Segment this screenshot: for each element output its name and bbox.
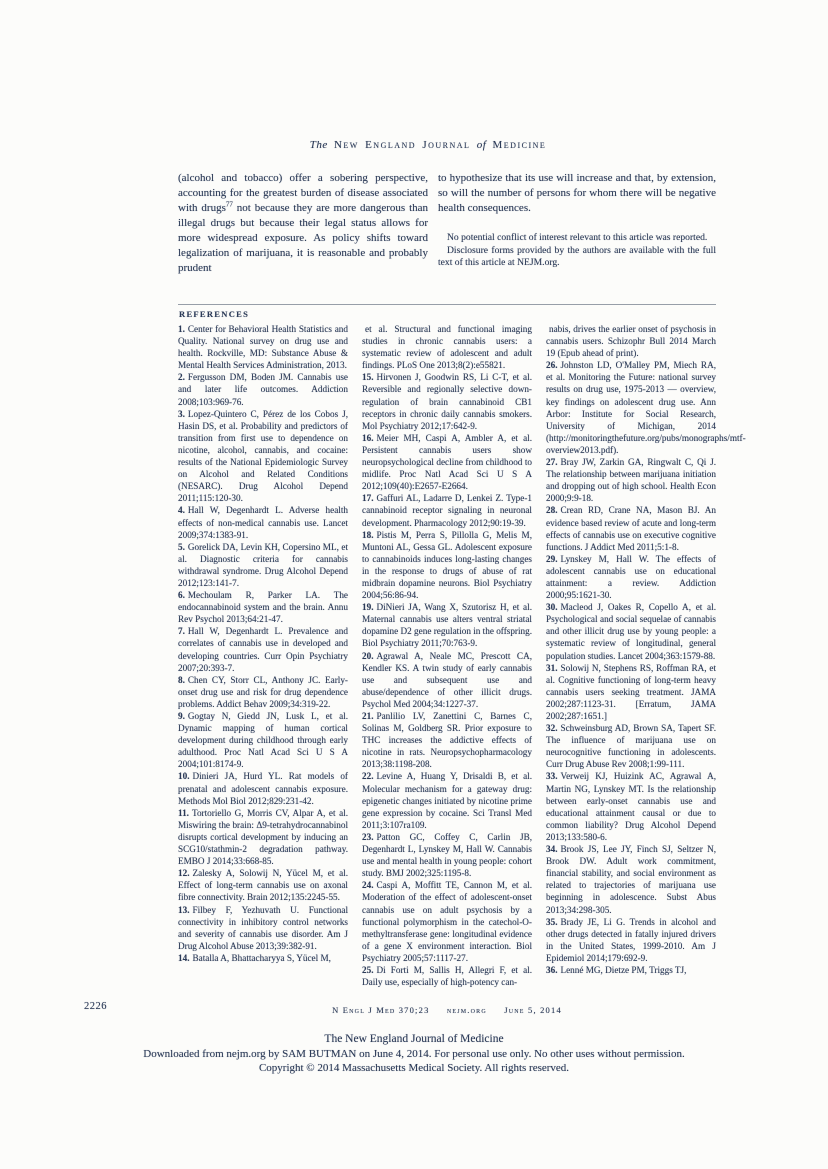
reference-item: 31.Solowij N, Stephens RS, Roffman RA, e… xyxy=(546,662,716,722)
reference-text: Center for Behavioral Health Statistics … xyxy=(178,324,348,370)
reference-item: 30.Macleod J, Oakes R, Copello A, et al.… xyxy=(546,601,716,661)
reference-item: 9.Gogtay N, Giedd JN, Lusk L, et al. Dyn… xyxy=(178,710,348,770)
reference-number: 7. xyxy=(178,626,185,636)
reference-text: Zalesky A, Solowij N, Yücel M, et al. Ef… xyxy=(178,868,348,902)
reference-number: 35. xyxy=(546,917,557,927)
reference-number: 6. xyxy=(178,590,185,600)
reference-number: 21. xyxy=(362,711,373,721)
article-column-left: (alcohol and tobacco) offer a sobering p… xyxy=(178,171,428,276)
reference-item: 24.Caspi A, Moffitt TE, Cannon M, et al.… xyxy=(362,879,532,964)
reference-item: 20.Agrawal A, Neale MC, Prescott CA, Ken… xyxy=(362,650,532,710)
reference-number: 17. xyxy=(362,493,373,503)
reference-text: Patton GC, Coffey C, Carlin JB, Degenhar… xyxy=(362,832,532,878)
reference-item: 23.Patton GC, Coffey C, Carlin JB, Degen… xyxy=(362,831,532,879)
stamp-copyright-notice: Copyright © 2014 Massachusetts Medical S… xyxy=(0,1062,828,1074)
masthead-the: The xyxy=(310,139,328,151)
reference-text: Filbey F, Yezhuvath U. Functional connec… xyxy=(178,905,348,951)
reference-superscript: 77 xyxy=(226,200,233,208)
disclosure-forms-note: Disclosure forms provided by the authors… xyxy=(438,245,716,270)
reference-text: Crean RD, Crane NA, Mason BJ. An evidenc… xyxy=(546,505,716,551)
references-heading: REFERENCES xyxy=(179,309,249,319)
reference-item: 17.Gaffuri AL, Ladarre D, Lenkei Z. Type… xyxy=(362,492,532,528)
reference-text: Pistis M, Perra S, Pillolla G, Melis M, … xyxy=(362,530,532,600)
citation-volume: N Engl J Med 370;23 xyxy=(332,1005,429,1015)
reference-text: Chen CY, Storr CL, Anthony JC. Early-ons… xyxy=(178,675,348,709)
reference-text: et al. Structural and functional imaging… xyxy=(362,324,532,370)
references-divider-rule xyxy=(178,304,716,305)
reference-text: Brook JS, Lee JY, Finch SJ, Seltzer N, B… xyxy=(546,844,716,914)
journal-citation-line: N Engl J Med 370;23 nejm.org June 5, 201… xyxy=(178,1005,716,1015)
reference-text: Gaffuri AL, Ladarre D, Lenkei Z. Type-1 … xyxy=(362,493,532,527)
reference-number: 4. xyxy=(178,505,185,515)
masthead-title-end: Medicine xyxy=(493,139,547,151)
reference-item: 25.Di Forti M, Sallis H, Allegri F, et a… xyxy=(362,964,532,988)
reference-number: 14. xyxy=(178,953,189,963)
reference-number: 20. xyxy=(362,651,373,661)
reference-text: Verweij KJ, Huizink AC, Agrawal A, Marti… xyxy=(546,771,716,841)
reference-item: nabis, drives the earlier onset of psych… xyxy=(546,323,716,359)
reference-item: 11.Tortoriello G, Morris CV, Alpar A, et… xyxy=(178,807,348,867)
reference-item: 10.Dinieri JA, Hurd YL. Rat models of pr… xyxy=(178,770,348,806)
reference-number: 2. xyxy=(178,372,185,382)
reference-item: 2.Fergusson DM, Boden JM. Cannabis use a… xyxy=(178,371,348,407)
reference-number: 34. xyxy=(546,844,557,854)
reference-item: 27.Bray JW, Zarkin GA, Ringwalt C, Qi J.… xyxy=(546,456,716,504)
reference-number: 27. xyxy=(546,457,557,467)
reference-text: Levine A, Huang Y, Drisaldi B, et al. Mo… xyxy=(362,771,532,829)
references-column-1: 1.Center for Behavioral Health Statistic… xyxy=(178,323,348,988)
reference-text: Brady JE, Li G. Trends in alcohol and ot… xyxy=(546,917,716,963)
reference-item: 14.Batalla A, Bhattacharyya S, Yücel M, xyxy=(178,952,348,964)
reference-text: Caspi A, Moffitt TE, Cannon M, et al. Mo… xyxy=(362,880,532,963)
reference-text: Hall W, Degenhardt L. Prevalence and cor… xyxy=(178,626,348,672)
reference-number: 36. xyxy=(546,965,557,975)
reference-item: 28.Crean RD, Crane NA, Mason BJ. An evid… xyxy=(546,504,716,552)
download-stamp: The New England Journal of Medicine Down… xyxy=(0,1033,828,1077)
conflict-of-interest-note: No potential conflict of interest releva… xyxy=(438,232,716,245)
reference-text: Lynskey M, Hall W. The effects of adoles… xyxy=(546,554,716,600)
reference-number: 11. xyxy=(178,808,189,818)
reference-number: 22. xyxy=(362,771,373,781)
reference-text: Di Forti M, Sallis H, Allegri F, et al. … xyxy=(362,965,532,987)
reference-number: 12. xyxy=(178,868,189,878)
masthead-title-main: New England Journal xyxy=(334,139,471,151)
reference-item: 15.Hirvonen J, Goodwin RS, Li C-T, et al… xyxy=(362,371,532,431)
reference-item: et al. Structural and functional imaging… xyxy=(362,323,532,371)
reference-text: Lopez-Quintero C, Pérez de los Cobos J, … xyxy=(178,409,348,504)
reference-text: Lenné MG, Dietze PM, Triggs TJ, xyxy=(560,965,686,975)
reference-item: 36.Lenné MG, Dietze PM, Triggs TJ, xyxy=(546,964,716,976)
reference-item: 21.Panlilio LV, Zanettini C, Barnes C, S… xyxy=(362,710,532,770)
reference-number: 32. xyxy=(546,723,557,733)
reference-number: 1. xyxy=(178,324,185,334)
reference-text: Gogtay N, Giedd JN, Lusk L, et al. Dynam… xyxy=(178,711,348,769)
references-column-3: nabis, drives the earlier onset of psych… xyxy=(546,323,716,988)
reference-text: nabis, drives the earlier onset of psych… xyxy=(546,324,716,358)
reference-text: Solowij N, Stephens RS, Roffman RA, et a… xyxy=(546,663,716,721)
reference-number: 8. xyxy=(178,675,185,685)
reference-item: 33.Verweij KJ, Huizink AC, Agrawal A, Ma… xyxy=(546,770,716,843)
reference-item: 16.Meier MH, Caspi A, Ambler A, et al. P… xyxy=(362,432,532,492)
article-column-right: to hypothesize that its use will increas… xyxy=(438,171,716,276)
reference-item: 34.Brook JS, Lee JY, Finch SJ, Seltzer N… xyxy=(546,843,716,916)
reference-text: DiNieri JA, Wang X, Szutorisz H, et al. … xyxy=(362,602,532,648)
reference-text: Tortoriello G, Morris CV, Alpar A, et al… xyxy=(178,808,348,866)
reference-item: 35.Brady JE, Li G. Trends in alcohol and… xyxy=(546,916,716,964)
reference-number: 5. xyxy=(178,542,185,552)
reference-text: Agrawal A, Neale MC, Prescott CA, Kendle… xyxy=(362,651,532,709)
reference-number: 25. xyxy=(362,965,373,975)
reference-number: 13. xyxy=(178,905,189,915)
reference-number: 19. xyxy=(362,602,373,612)
reference-item: 29.Lynskey M, Hall W. The effects of ado… xyxy=(546,553,716,601)
reference-text: Bray JW, Zarkin GA, Ringwalt C, Qi J. Th… xyxy=(546,457,716,503)
reference-item: 4.Hall W, Degenhardt L. Adverse health e… xyxy=(178,504,348,540)
reference-item: 3.Lopez-Quintero C, Pérez de los Cobos J… xyxy=(178,408,348,505)
references-column-2: et al. Structural and functional imaging… xyxy=(362,323,532,988)
reference-number: 28. xyxy=(546,505,557,515)
reference-text: Panlilio LV, Zanettini C, Barnes C, Soli… xyxy=(362,711,532,769)
reference-number: 16. xyxy=(362,433,373,443)
reference-item: 26.Johnston LD, O'Malley PM, Miech RA, e… xyxy=(546,359,716,456)
reference-text: Johnston LD, O'Malley PM, Miech RA, et a… xyxy=(546,360,746,455)
reference-text: Hall W, Degenhardt L. Adverse health eff… xyxy=(178,505,348,539)
reference-item: 19.DiNieri JA, Wang X, Szutorisz H, et a… xyxy=(362,601,532,649)
reference-item: 13.Filbey F, Yezhuvath U. Functional con… xyxy=(178,904,348,952)
reference-text: Dinieri JA, Hurd YL. Rat models of prena… xyxy=(178,771,348,805)
reference-item: 7.Hall W, Degenhardt L. Prevalence and c… xyxy=(178,625,348,673)
reference-item: 22.Levine A, Huang Y, Drisaldi B, et al.… xyxy=(362,770,532,830)
reference-text: Hirvonen J, Goodwin RS, Li C-T, et al. R… xyxy=(362,372,532,430)
reference-item: 18.Pistis M, Perra S, Pillolla G, Melis … xyxy=(362,529,532,602)
reference-item: 12.Zalesky A, Solowij N, Yücel M, et al.… xyxy=(178,867,348,903)
reference-number: 24. xyxy=(362,880,373,890)
reference-text: Macleod J, Oakes R, Copello A, et al. Ps… xyxy=(546,602,716,660)
citation-website: nejm.org xyxy=(447,1005,487,1015)
article-paragraph-right: to hypothesize that its use will increas… xyxy=(438,171,716,216)
reference-number: 29. xyxy=(546,554,557,564)
reference-text: Gorelick DA, Levin KH, Copersino ML, et … xyxy=(178,542,348,588)
reference-number: 23. xyxy=(362,832,373,842)
references-section: 1.Center for Behavioral Health Statistic… xyxy=(178,323,716,988)
reference-item: 1.Center for Behavioral Health Statistic… xyxy=(178,323,348,371)
reference-item: 6.Mechoulam R, Parker LA. The endocannab… xyxy=(178,589,348,625)
reference-number: 30. xyxy=(546,602,557,612)
reference-number: 9. xyxy=(178,711,185,721)
reference-text: Fergusson DM, Boden JM. Cannabis use and… xyxy=(178,372,348,406)
page-number: 2226 xyxy=(84,1001,107,1012)
journal-page-scan: The New England Journal of Medicine (alc… xyxy=(0,0,828,1169)
reference-number: 3. xyxy=(178,409,185,419)
reference-text: Mechoulam R, Parker LA. The endocannabin… xyxy=(178,590,348,624)
reference-item: 32.Schweinsburg AD, Brown SA, Tapert SF.… xyxy=(546,722,716,770)
reference-number: 33. xyxy=(546,771,557,781)
reference-text: Schweinsburg AD, Brown SA, Tapert SF. Th… xyxy=(546,723,716,769)
reference-number: 15. xyxy=(362,372,373,382)
reference-number: 26. xyxy=(546,360,557,370)
reference-item: 8.Chen CY, Storr CL, Anthony JC. Early-o… xyxy=(178,674,348,710)
stamp-journal-title: The New England Journal of Medicine xyxy=(0,1033,828,1045)
reference-number: 31. xyxy=(546,663,557,673)
article-paragraph-left: (alcohol and tobacco) offer a sobering p… xyxy=(178,171,428,276)
reference-text: Batalla A, Bhattacharyya S, Yücel M, xyxy=(192,953,330,963)
reference-number: 18. xyxy=(362,530,373,540)
article-body: (alcohol and tobacco) offer a sobering p… xyxy=(178,171,716,276)
masthead-of: of xyxy=(477,139,487,151)
citation-date: June 5, 2014 xyxy=(504,1005,562,1015)
reference-item: 5.Gorelick DA, Levin KH, Copersino ML, e… xyxy=(178,541,348,589)
reference-text: Meier MH, Caspi A, Ambler A, et al. Pers… xyxy=(362,433,532,491)
journal-masthead: The New England Journal of Medicine xyxy=(178,139,678,151)
reference-number: 10. xyxy=(178,771,189,781)
stamp-download-notice: Downloaded from nejm.org by SAM BUTMAN o… xyxy=(0,1048,828,1060)
